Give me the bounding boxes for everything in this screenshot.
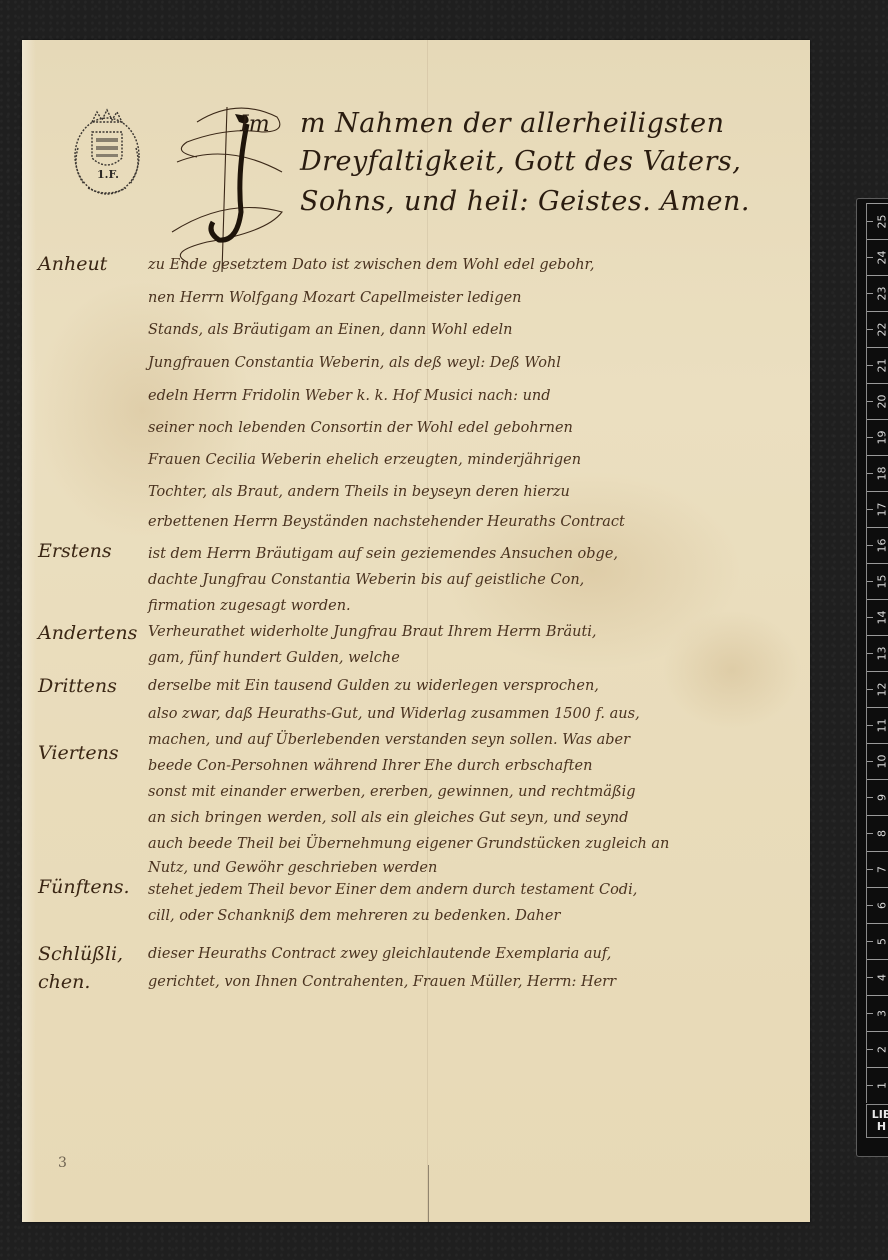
ruler-tick (867, 563, 888, 564)
ruler-half-tick (867, 761, 873, 762)
ruler-tick-label: 3 (876, 1005, 888, 1023)
paper-tear (428, 1165, 429, 1222)
ruler-tick (867, 203, 888, 204)
ruler-half-tick (867, 833, 873, 834)
text-line: stehet jedem Theil bevor Einer dem ander… (148, 882, 637, 898)
ruler-tick (867, 887, 888, 888)
section-label-viertens: Viertens (38, 742, 119, 764)
ruler-tick (867, 455, 888, 456)
ruler-tick-label: 7 (876, 861, 888, 879)
ruler-tick (867, 743, 888, 744)
ruler-tick (867, 239, 888, 240)
text-line: gam, fünf hundert Gulden, welche (148, 650, 400, 666)
stamp-label: 1.F. (88, 168, 128, 181)
text-line: Frauen Cecilia Weberin ehelich erzeugten… (148, 452, 581, 468)
ruler-tick-label: 17 (876, 501, 888, 519)
heading-line-1: m Nahmen der allerheiligsten (300, 108, 724, 139)
ruler-half-tick (867, 941, 873, 942)
ruler-tick (867, 635, 888, 636)
ruler-tick (867, 995, 888, 996)
ruler-tick-label: 24 (876, 249, 888, 267)
section-label-erstens: Erstens (38, 540, 112, 562)
text-line: dieser Heuraths Contract zwey gleichlaut… (148, 946, 611, 962)
text-line: gerichtet, von Ihnen Contrahenten, Fraue… (148, 974, 616, 990)
ruler-tick (867, 275, 888, 276)
ruler-tick-label: 4 (876, 969, 888, 987)
text-line: cill, oder Schankniß dem mehreren zu bed… (148, 908, 560, 924)
text-line: Verheurathet widerholte Jungfrau Braut I… (148, 624, 597, 640)
ruler-half-tick (867, 509, 873, 510)
ruler-tick (867, 815, 888, 816)
ruler-tick (867, 599, 888, 600)
text-line: nen Herrn Wolfgang Mozart Capellmeister … (148, 290, 522, 306)
text-line: auch beede Theil bei Übernehmung eigener… (148, 836, 669, 852)
text-line: firmation zugesagt worden. (148, 598, 351, 614)
text-line: Jungfrauen Constantia Weberin, als deß w… (148, 355, 561, 371)
text-line: dachte Jungfrau Constantia Weberin bis a… (148, 572, 584, 588)
ruler-tick (867, 347, 888, 348)
ruler-half-tick (867, 473, 873, 474)
text-line: also zwar, daß Heuraths-Gut, und Widerla… (148, 706, 640, 722)
text-line: Nutz, und Gewöhr geschrieben werden (148, 860, 437, 876)
ruler-tick (867, 959, 888, 960)
paper-stain (662, 610, 802, 730)
ruler-half-tick (867, 581, 873, 582)
ruler-half-tick (867, 221, 873, 222)
measurement-ruler: 2524232221201918171615141312111098765432… (856, 198, 888, 1157)
ruler-tick-label: 25 (876, 213, 888, 231)
ruler-tick-label: 9 (876, 789, 888, 807)
ruler-tick-label: 14 (876, 609, 888, 627)
ruler-half-tick (867, 545, 873, 546)
ruler-tick-label: 10 (876, 753, 888, 771)
text-line: beede Con-Persohnen während Ihrer Ehe du… (148, 758, 592, 774)
text-line: derselbe mit Ein tausend Gulden zu wider… (148, 678, 599, 694)
ruler-tick-label: 13 (876, 645, 888, 663)
ruler-tick (867, 419, 888, 420)
ruler-half-tick (867, 689, 873, 690)
ruler-tick (867, 671, 888, 672)
ruler-half-tick (867, 653, 873, 654)
ruler-half-tick (867, 1013, 873, 1014)
ruler-half-tick (867, 437, 873, 438)
coat-of-arms-stamp-icon: 1.F. (70, 108, 144, 202)
ruler-tick-label: 16 (876, 537, 888, 555)
ruler-tick-label: 1 (876, 1077, 888, 1095)
ruler-half-tick (867, 329, 873, 330)
text-line: seiner noch lebenden Consortin der Wohl … (148, 420, 573, 436)
ruler-tick (867, 1067, 888, 1068)
ruler-scale: 2524232221201918171615141312111098765432… (866, 203, 888, 1103)
text-line: zu Ende gesetztem Dato ist zwischen dem … (148, 257, 594, 273)
ruler-tick-label: 22 (876, 321, 888, 339)
ruler-half-tick (867, 401, 873, 402)
ruler-label-line2: H (867, 1121, 888, 1133)
ruler-tick-label: 20 (876, 393, 888, 411)
folio-number: 3 (58, 1155, 67, 1171)
ruler-half-tick (867, 257, 873, 258)
heading-line-2: Dreyfaltigkeit, Gott des Vaters, (300, 146, 741, 177)
text-line: sonst mit einander erwerben, ererben, ge… (148, 784, 636, 800)
ruler-half-tick (867, 617, 873, 618)
ruler-tick (867, 1031, 888, 1032)
ruler-tick-label: 23 (876, 285, 888, 303)
ruler-half-tick (867, 977, 873, 978)
ruler-tick (867, 707, 888, 708)
paper-stain (32, 280, 252, 540)
ruler-tick (867, 923, 888, 924)
text-line: Stands, als Bräutigam an Einen, dann Woh… (148, 322, 513, 338)
section-label-schluesslichen: Schlüßli, chen. (38, 940, 138, 996)
ruler-tick-label: 21 (876, 357, 888, 375)
section-label-anheut: Anheut (38, 253, 107, 275)
text-line: edeln Herrn Fridolin Weber k. k. Hof Mus… (148, 388, 551, 404)
ruler-tick (867, 383, 888, 384)
ruler-tick (867, 779, 888, 780)
section-label-drittens: Drittens (38, 675, 117, 697)
ruler-tick-label: 19 (876, 429, 888, 447)
ruler-tick (867, 311, 888, 312)
ruler-tick (867, 527, 888, 528)
ruler-tick-label: 18 (876, 465, 888, 483)
ruler-half-tick (867, 797, 873, 798)
ruler-half-tick (867, 725, 873, 726)
ruler-tick (867, 851, 888, 852)
ruler-tick (867, 491, 888, 492)
ruler-half-tick (867, 1049, 873, 1050)
ruler-tick-label: 11 (876, 717, 888, 735)
text-line: machen, und auf Überlebenden verstanden … (148, 732, 630, 748)
section-label-andertens: Andertens (38, 622, 137, 644)
ruler-half-tick (867, 365, 873, 366)
ruler-tick-label: 15 (876, 573, 888, 591)
ruler-tick-label: 12 (876, 681, 888, 699)
heading-first-word: Im (240, 112, 270, 137)
ruler-label: LIB H (866, 1104, 888, 1138)
section-label-fuenftens: Fünftens. (38, 876, 130, 898)
ruler-tick-label: 8 (876, 825, 888, 843)
text-line: ist dem Herrn Bräutigam auf sein gezieme… (148, 546, 618, 562)
ruler-tick-label: 2 (876, 1041, 888, 1059)
ruler-half-tick (867, 905, 873, 906)
ruler-tick-label: 6 (876, 897, 888, 915)
ruler-tick-label: 5 (876, 933, 888, 951)
ruler-half-tick (867, 293, 873, 294)
ruler-half-tick (867, 1085, 873, 1086)
text-line: Tochter, als Braut, andern Theils in bey… (148, 484, 570, 500)
ruler-half-tick (867, 869, 873, 870)
heading-line-3: Sohns, und heil: Geistes. Amen. (300, 186, 750, 217)
text-line: an sich bringen werden, soll als ein gle… (148, 810, 628, 826)
text-line: erbettenen Herrn Beyständen nachstehende… (148, 514, 625, 530)
